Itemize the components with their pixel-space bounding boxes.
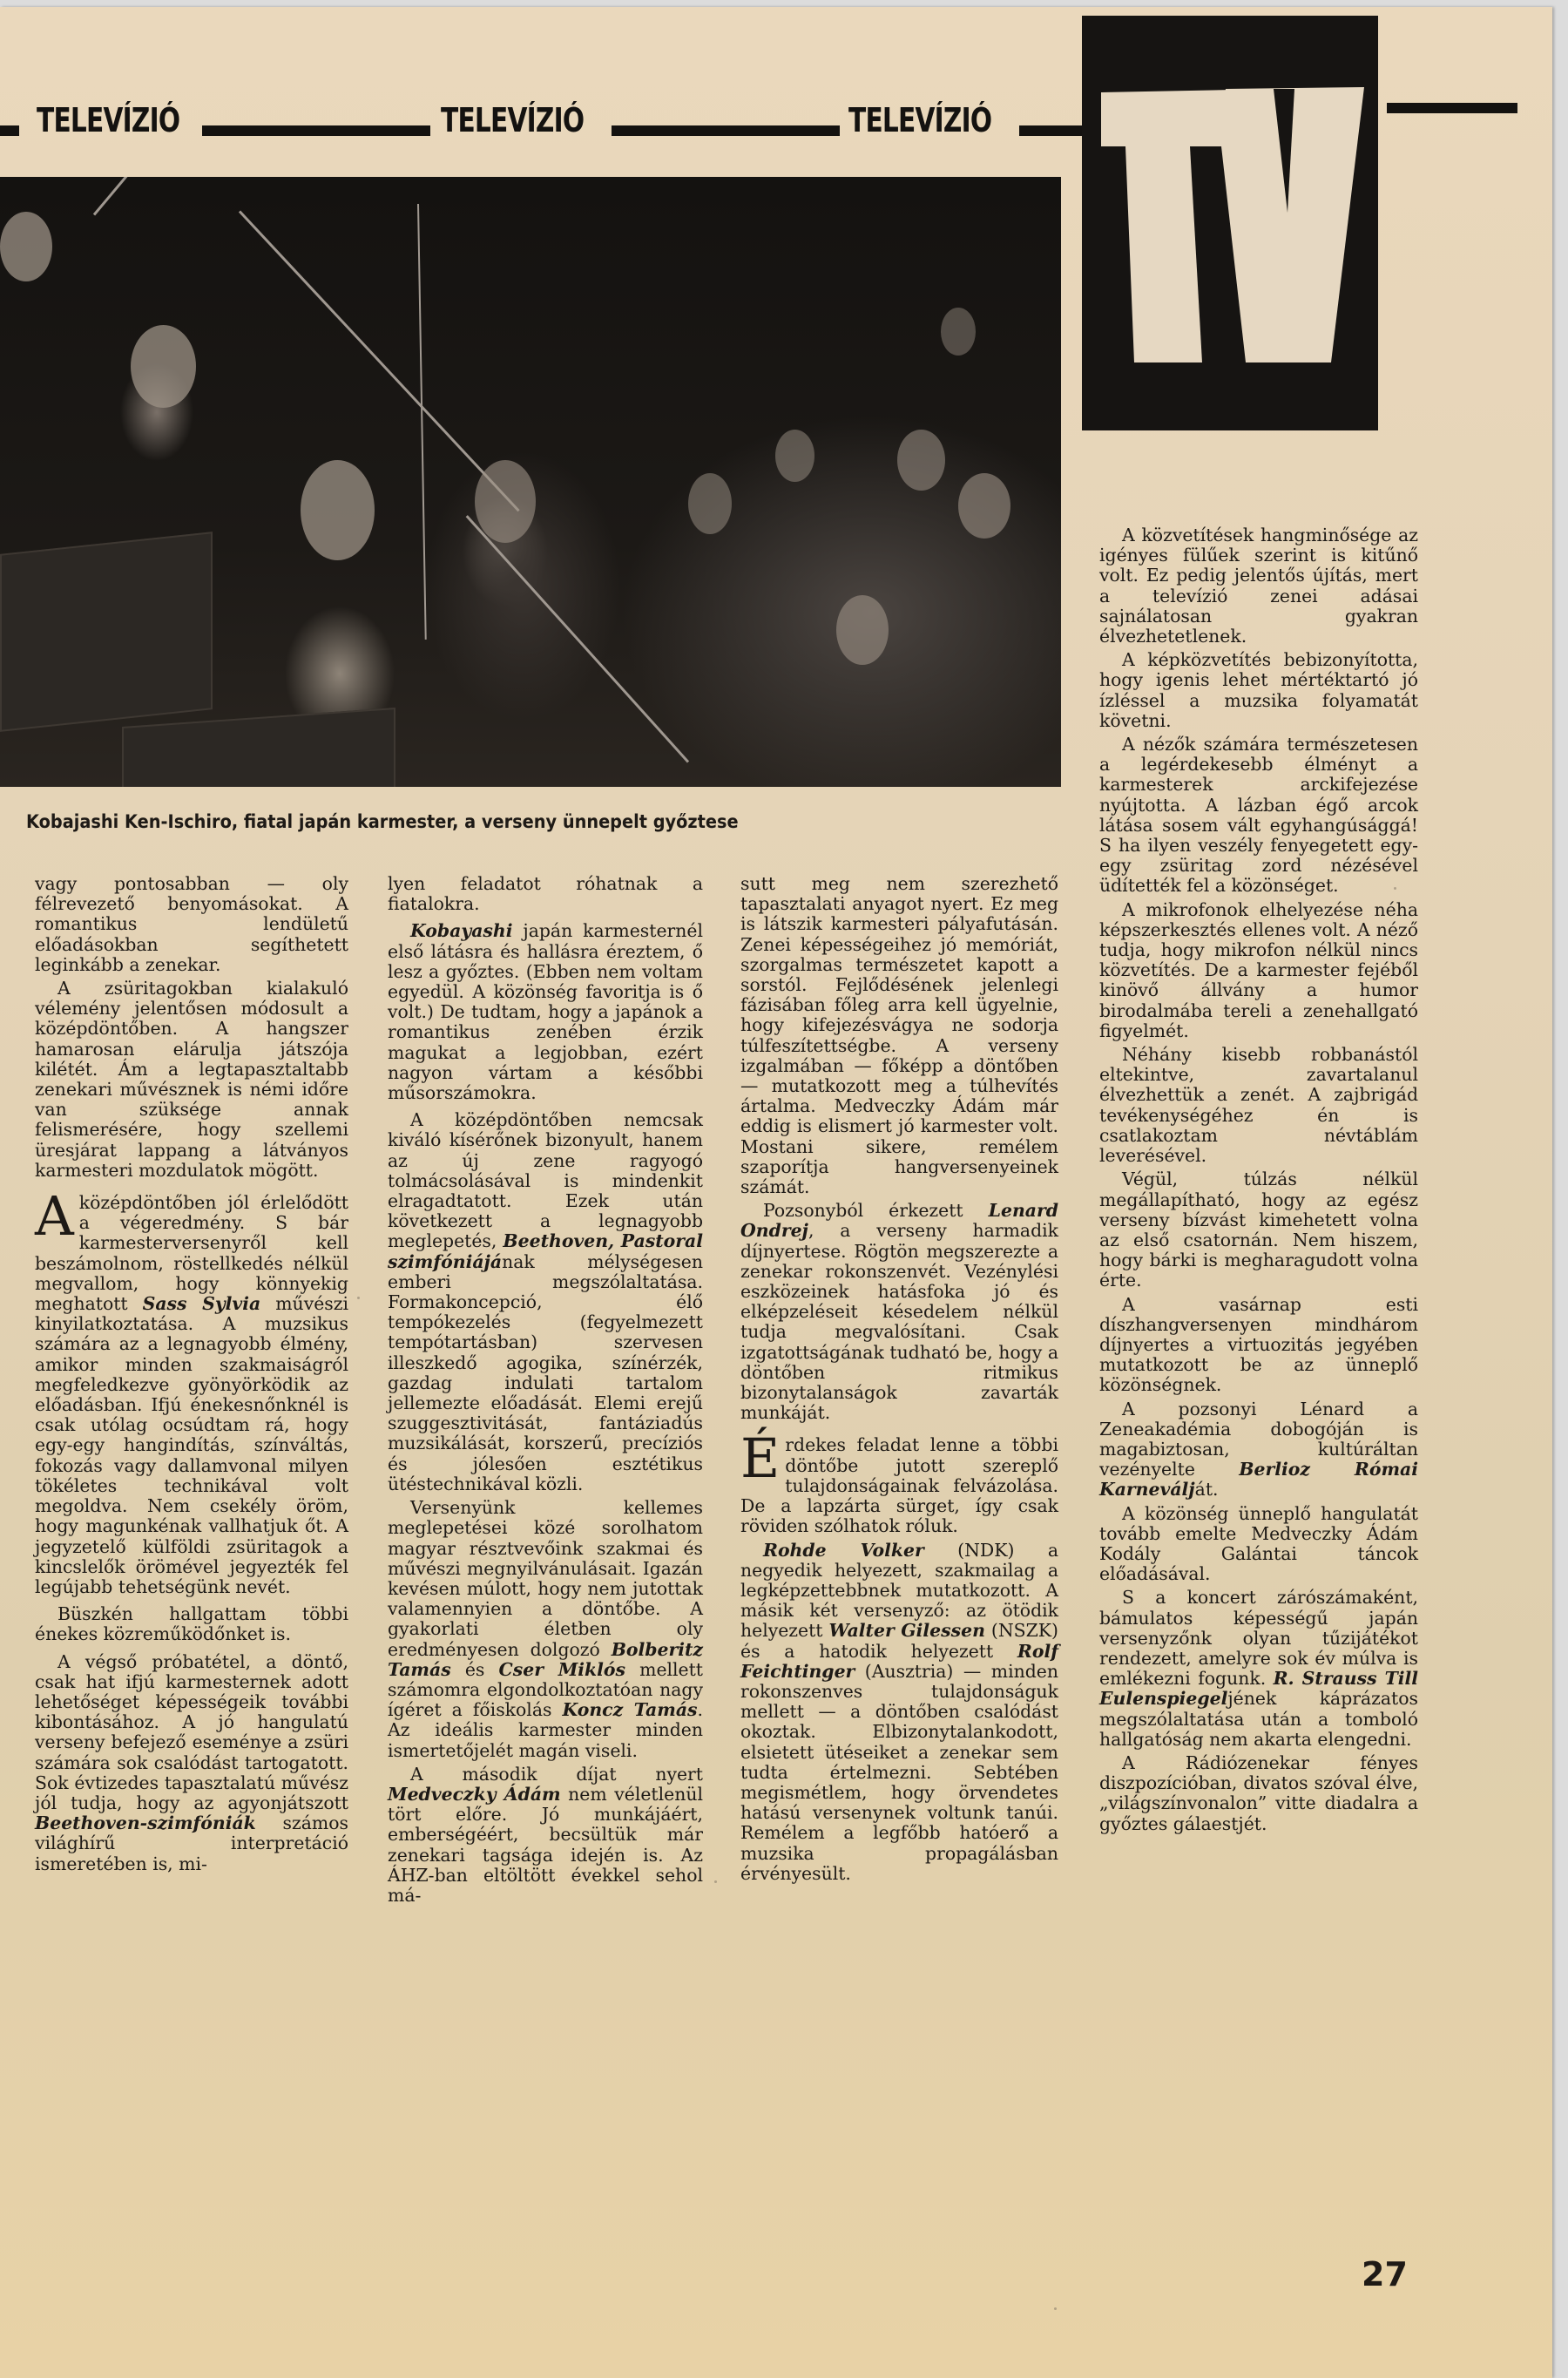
article-column-1: vagy pontosabban — oly félrevezető benyo…	[35, 874, 348, 1878]
paragraph: A Rádiózenekar fényes diszpozícióban, di…	[1099, 1753, 1418, 1834]
paragraph: A mikrofonok elhelyezése néha képszerkes…	[1099, 900, 1418, 1041]
music-stand	[122, 708, 395, 787]
face	[775, 430, 814, 482]
magazine-page: TELEVÍZIÓ TELEVÍZIÓ TELEVÍZIÓ	[0, 7, 1552, 2378]
article-column-3: sutt meg nem szerezhető tapasztalati any…	[740, 874, 1058, 1887]
paragraph: lyen feladatot róhatnak a fiatalokra.	[388, 874, 703, 914]
header-rule	[202, 125, 430, 136]
microphone-boom	[466, 515, 689, 762]
section-label: TELEVÍZIÓ	[848, 101, 991, 139]
paragraph: Végül, túlzás nélkül megállapítható, hog…	[1099, 1169, 1418, 1291]
paragraph: A képközvetítés bebizonyította, hogy ige…	[1099, 650, 1418, 731]
paragraph: Büszkén hallgattam többi énekes közreműk…	[35, 1604, 348, 1644]
face	[897, 430, 945, 491]
paragraph: A pozsonyi Lénard a Zeneakadémia dobogój…	[1099, 1399, 1418, 1501]
photo-caption: Kobajashi Ken-Ischiro, fiatal japán karm…	[26, 811, 739, 832]
paragraph: A végső próbatétel, a döntő, csak hat if…	[35, 1652, 348, 1874]
paragraph: A vasárnap esti díszhangversenyen mindhá…	[1099, 1295, 1418, 1396]
paragraph: A második díjat nyert Medveczky Ádám nem…	[388, 1765, 703, 1906]
drop-cap: A	[35, 1195, 74, 1238]
paragraph: A nézők számára természetesen a legérdek…	[1099, 735, 1418, 897]
paper-speck	[714, 1880, 717, 1883]
paragraph: Pozsonyból érkezett Lenard Ondrej, a ver…	[740, 1201, 1058, 1423]
paper-speck	[1054, 2307, 1057, 2310]
tv-logo-icon	[1082, 16, 1378, 430]
paper-speck	[1394, 887, 1396, 890]
header-rule	[1387, 103, 1517, 113]
face	[688, 473, 732, 534]
section-label: TELEVÍZIÓ	[441, 101, 584, 139]
article-column-4: A közvetítések hangminősége az igényes f…	[1099, 525, 1418, 1838]
paragraph: sutt meg nem szerezhető tapasztalati any…	[740, 874, 1058, 1197]
page-number: 27	[1362, 2255, 1408, 2293]
header-rule	[612, 125, 840, 136]
microphone-boom	[417, 204, 427, 640]
paragraph: A közönség ünneplő hangulatát tovább eme…	[1099, 1504, 1418, 1585]
face	[301, 460, 375, 560]
microphone-boom	[93, 177, 134, 215]
paragraph: Kobayashi japán karmesternél első látásr…	[388, 921, 703, 1103]
paragraph: vagy pontosabban — oly félrevezető benyo…	[35, 874, 348, 975]
face	[836, 595, 889, 665]
paragraph: Érdekes feladat lenne a többi döntőbe ju…	[740, 1435, 1058, 1536]
drop-cap: É	[740, 1437, 780, 1480]
face	[131, 325, 196, 408]
microphone-boom	[239, 210, 520, 512]
face	[0, 212, 52, 281]
paragraph: A zsüritagokban kialakuló vélemény jelen…	[35, 979, 348, 1181]
section-label: TELEVÍZIÓ	[37, 101, 179, 139]
face	[475, 460, 536, 543]
paragraph: S a koncert zárószámaként, bámulatos kép…	[1099, 1588, 1418, 1750]
paragraph: Aközépdöntőben jól érlelődött a végeredm…	[35, 1193, 348, 1597]
music-stand	[0, 532, 213, 732]
paragraph: Néhány kisebb robbanástól eltekintve, za…	[1099, 1045, 1418, 1166]
concert-photo	[0, 177, 1061, 787]
article-column-2: lyen feladatot róhatnak a fiatalokra. Ko…	[388, 874, 703, 1909]
header-rule	[0, 125, 19, 136]
header-rule	[1019, 125, 1089, 136]
face	[958, 473, 1010, 539]
face	[941, 308, 976, 356]
paragraph: A közvetítések hangminősége az igényes f…	[1099, 525, 1418, 647]
paragraph: A középdöntőben nemcsak kiváló kísérőnek…	[388, 1110, 703, 1494]
paper-speck	[357, 1297, 360, 1299]
tv-logo	[1082, 16, 1378, 430]
paragraph: Rohde Volker (NDK) a negyedik helyezett,…	[740, 1541, 1058, 1884]
paragraph: Versenyünk kellemes meglepetései közé so…	[388, 1498, 703, 1761]
